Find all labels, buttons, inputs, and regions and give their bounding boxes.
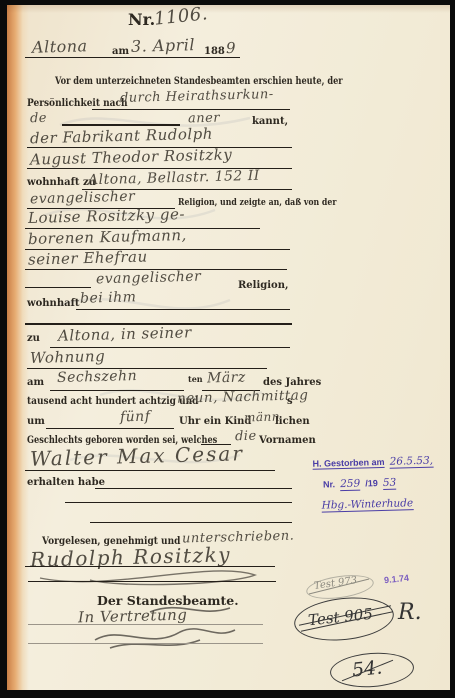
mother-line3: seiner Ehefrau <box>28 247 148 268</box>
blank-line <box>65 502 292 503</box>
am-label: am <box>112 46 129 57</box>
blank-line <box>46 428 116 429</box>
lichen-label: lichen <box>275 416 310 427</box>
mittags-s-label: s <box>287 396 293 407</box>
birth-hour: fünf <box>120 409 151 426</box>
date-handwritten: 3. April <box>131 35 196 56</box>
stamp-nr-value: 259 <box>340 478 360 492</box>
am2-label: am <box>27 377 44 388</box>
stamp-office-handwritten: Hbg.-Winterhude <box>321 497 413 512</box>
ruled-line <box>25 566 275 567</box>
ruled-line <box>116 428 174 429</box>
ruled-line <box>28 581 276 582</box>
paper-top-shade <box>7 5 450 13</box>
ruled-line-light <box>28 624 263 625</box>
vornamen-label: Vornamen <box>259 435 316 446</box>
stamp-year-value: 53 <box>383 477 397 490</box>
birth-day: Sechszehn <box>57 368 138 386</box>
ruled-line-light <box>28 643 263 644</box>
blank-line <box>90 522 292 523</box>
zu-label: zu <box>27 333 40 344</box>
religion-anzeige-label: Religion, und zeigte an, daß von der <box>178 197 371 208</box>
year-printed: 188 <box>204 46 225 57</box>
kannt-label: kannt, <box>252 116 288 127</box>
intro-printed: Vor dem unterzeichneten Standesbeamten e… <box>55 76 406 87</box>
birth-month: März <box>207 369 246 386</box>
birthplace-line1: Altona, in seiner <box>58 323 192 344</box>
year-digit-handwritten: 9 <box>226 39 237 57</box>
ruled-line <box>50 390 184 391</box>
stamp-nr-label: Nr. <box>323 479 335 489</box>
ruled-line <box>92 109 290 110</box>
ten-suffix-label: ten <box>188 374 203 384</box>
scanned-register-page: Nr. 1106. Altona am 3. April 188 9 Vor d… <box>0 0 455 698</box>
ruled-line <box>76 309 290 310</box>
ruled-line <box>25 470 275 471</box>
stamp-death-date: 26.5.53, <box>389 455 433 469</box>
ruled-line <box>95 488 292 489</box>
religion-label: Religion, <box>238 280 288 291</box>
ruled-line <box>25 287 91 288</box>
mother-religion: evangelischer <box>96 269 202 288</box>
city-handwritten: Altona <box>32 36 88 56</box>
ruled-line <box>25 57 240 58</box>
birthplace-line2: Wohnung <box>30 347 106 367</box>
clerk-initial: R. <box>398 600 422 625</box>
um-label: um <box>27 416 45 427</box>
wohnhaft-label: wohnhaft <box>27 298 80 309</box>
ruled-line <box>27 368 267 369</box>
death-registration-stamp: H. Gestorben am 26.5.53, Nr. 259 /19 53 … <box>312 448 452 515</box>
uhr-ein-kind-label: Uhr ein Kind <box>179 416 251 427</box>
des-jahres-label: des Jahres <box>263 377 321 388</box>
stamp-year-label: /19 <box>365 478 378 488</box>
erhalten-habe-label: erhalten habe <box>27 477 105 488</box>
nr-label: Nr. <box>128 10 155 29</box>
mother-residence: bei ihm <box>80 289 137 306</box>
father-religion: evangelischer <box>30 189 136 208</box>
stamp-h-label: H. Gestorben am <box>312 457 384 470</box>
wohnhaft-zu-label: wohnhaft zu <box>27 177 96 188</box>
page-binding-edge <box>7 5 29 690</box>
identity-continuation: de <box>30 111 47 126</box>
